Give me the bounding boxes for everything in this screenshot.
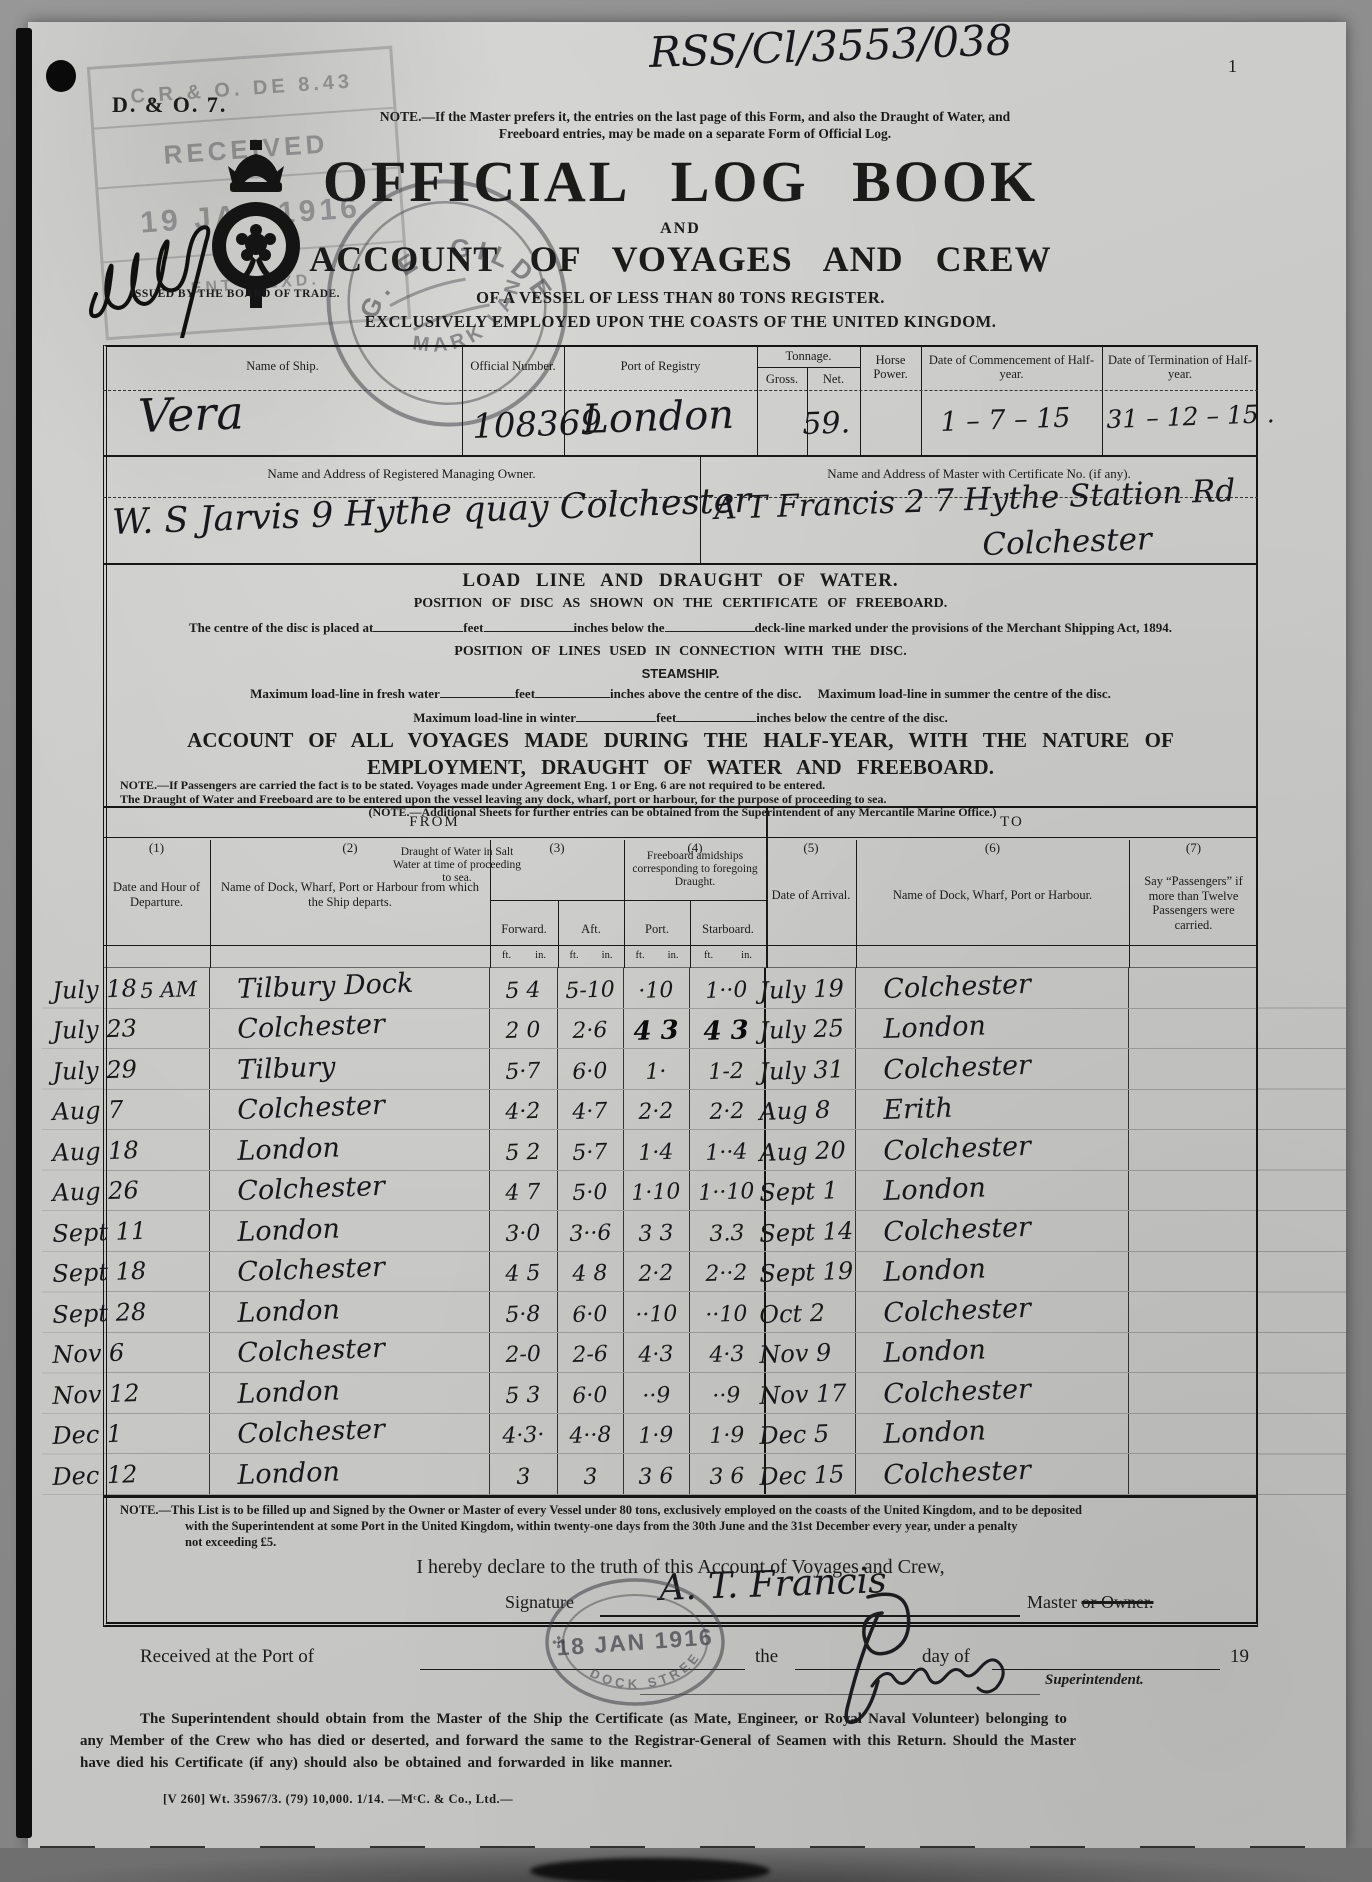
account-heading-line2: EMPLOYMENT, DRAUGHT OF WATER AND FREEBOA… <box>103 755 1258 780</box>
closing-para-line3: have died his Certificate (if any) shoul… <box>80 1752 1260 1774</box>
account-heading-line1: ACCOUNT OF ALL VOYAGES MADE DURING THE H… <box>103 728 1258 753</box>
closing-para-line1: The Superintendent should obtain from th… <box>80 1708 1260 1730</box>
load-line-heading: LOAD LINE AND DRAUGHT OF WATER. <box>103 570 1258 592</box>
col6-header: Name of Dock, Wharf, Port or Harbour. <box>856 888 1129 903</box>
disc-heading: POSITION OF DISC AS SHOWN ON THE CERTIFI… <box>103 596 1258 612</box>
owner-header: Name and Address of Registered Managing … <box>103 467 700 481</box>
horse-power-header: Horse Power. <box>860 353 921 381</box>
right-margin-ruled-lines <box>1258 968 1346 1495</box>
coasts-line: EXCLUSIVELY EMPLOYED UPON THE COASTS OF … <box>103 312 1258 332</box>
voyage-row: Sept 11 London 3·0 3··6 3 3 3.3 Sept 14 … <box>103 1211 1258 1252</box>
voyage-row: Nov 12 London 5 3 6·0 ··9 ··9 Nov 17 Col… <box>103 1373 1258 1414</box>
received-at-port-label: Received at the Port of <box>140 1646 314 1668</box>
closing-para-line2: any Member of the Crew who has died or d… <box>80 1730 1260 1752</box>
account-note1: NOTE.—If Passengers are carried the fact… <box>120 779 1245 793</box>
page-title: OFFICIAL LOG BOOK <box>103 148 1258 215</box>
vessel-line: OF A VESSEL OF LESS THAN 80 TONS REGISTE… <box>103 288 1258 308</box>
voyage-row: Nov 6 Colchester 2-0 2-6 4·3 4·3 Nov 9 L… <box>103 1333 1258 1374</box>
lines-heading: POSITION OF LINES USED IN CONNECTION WIT… <box>103 644 1258 660</box>
tonnage-header: Tonnage. <box>757 349 860 363</box>
scan-bottom-shadow <box>530 1858 770 1882</box>
ship-name-header: Name of Ship. <box>103 359 462 373</box>
official-number-header: Official Number. <box>462 359 564 373</box>
net-header: Net. <box>807 372 860 386</box>
ft-in-row: ft.in. ft.in. ft.in. ft.in. <box>103 945 1258 968</box>
col3-header: Draught of Water in Salt Water at time o… <box>390 846 524 885</box>
ship-name-value: Vera <box>137 385 244 443</box>
rule-below-ship-table <box>103 563 1258 565</box>
steamship-label: STEAMSHIP. <box>103 666 1258 681</box>
starboard-header: Starboard. <box>690 922 766 937</box>
port-of-registry-header: Port of Registry <box>564 359 757 373</box>
voyage-row: Sept 28 London 5·8 6·0 ··10 ··10 Oct 2 C… <box>103 1292 1258 1333</box>
fresh-water-line: Maximum load-line in fresh waterfeetinch… <box>103 684 1258 702</box>
aft-header: Aft. <box>558 922 624 937</box>
footer-note-line3: not exceeding £5. <box>120 1534 1245 1550</box>
master-value-line2: Colchester <box>982 521 1153 563</box>
col5-header: Date of Arrival. <box>766 888 856 903</box>
voyage-row: July 23 Colchester 2 0 2·6 4 3 4 3 July … <box>103 1009 1258 1050</box>
the-label: the <box>755 1646 778 1668</box>
print-code: [V 260] Wt. 35967/3. (79) 10,000. 1/14. … <box>163 1792 513 1807</box>
voyage-row: Sept 18 Colchester 4 5 4 8 2·2 2··2 Sept… <box>103 1252 1258 1293</box>
year-19-label: 19 <box>1230 1646 1249 1668</box>
left-margin-ruled-lines <box>42 968 103 1495</box>
col-num-5: (5) <box>766 840 856 856</box>
voyage-row: Aug 7 Colchester 4·2 4·7 2·2 2·2 Aug 8 E… <box>103 1090 1258 1131</box>
header-note-line2: Freeboard entries, may be made on a sepa… <box>350 125 1040 142</box>
footer-note-line2: with the Superintendent at some Port in … <box>120 1518 1245 1534</box>
forward-header: Forward. <box>490 922 558 937</box>
col-num-7: (7) <box>1129 840 1258 856</box>
master-label: Master or Owner. <box>1027 1592 1153 1613</box>
voyage-row: July 185 AM Tilbury Dock 5 4 5-10 ·10 1·… <box>103 968 1258 1009</box>
closing-paragraph: The Superintendent should obtain from th… <box>80 1708 1260 1774</box>
page-number: 1 <box>1228 56 1237 77</box>
handwriting-word-flourish <box>868 1648 1018 1698</box>
col4-header: Freeboard amidships corresponding to for… <box>626 850 764 889</box>
port-of-registry-value: London <box>581 392 734 443</box>
winter-line: Maximum load-line in winterfeetinches be… <box>103 708 1258 726</box>
rule-below-voyage-table <box>103 1495 1258 1498</box>
voyage-row: Dec 12 London 3 3 3 6 3 6 Dec 15 Colches… <box>103 1454 1258 1495</box>
superintendent-label: Superintendent. <box>1045 1672 1144 1689</box>
page-subtitle: ACCOUNT OF VOYAGES AND CREW <box>103 238 1258 280</box>
port-header: Port. <box>624 922 690 937</box>
disc-centre-line: The centre of the disc is placed atfeeti… <box>103 618 1258 636</box>
voyage-row: Dec 1 Colchester 4·3· 4··8 1·9 1·9 Dec 5… <box>103 1414 1258 1455</box>
commencement-header: Date of Commencement of Half-year. <box>921 353 1102 381</box>
col-num-6: (6) <box>856 840 1129 856</box>
voyage-row: Aug 18 London 5 2 5·7 1·4 1··4 Aug 20 Co… <box>103 1130 1258 1171</box>
or-owner-struck: or Owner. <box>1081 1592 1153 1612</box>
from-label: FROM <box>103 814 766 831</box>
account-note2: The Draught of Water and Freeboard are t… <box>120 793 1245 807</box>
from-to-band: FROM TO <box>103 808 1258 838</box>
footer-note-line1: NOTE.—This List is to be filled up and S… <box>120 1502 1245 1518</box>
ship-details-table: Name of Ship. Official Number. Port of R… <box>103 345 1258 563</box>
termination-value: 31 – 12 – 15 . <box>1106 399 1275 434</box>
port-date-oval-stamp: 18 JAN 1916 DOCK STREET ✣ <box>540 1572 730 1712</box>
binding-edge <box>16 28 32 1838</box>
date-oval-cross: ✣ <box>552 1635 565 1652</box>
to-label: TO <box>766 814 1258 831</box>
col7-header: Say “Passengers” if more than Twelve Pas… <box>1133 874 1254 932</box>
title-and: AND <box>103 220 1258 238</box>
voyage-row: July 29 Tilbury 5·7 6·0 1· 1-2 July 31 C… <box>103 1049 1258 1090</box>
commencement-value: 1 – 7 – 15 <box>940 402 1071 438</box>
header-note-line1: NOTE.—If the Master prefers it, the entr… <box>350 108 1040 125</box>
punch-hole <box>46 60 76 92</box>
termination-header: Date of Termination of Half-year. <box>1102 353 1258 381</box>
voyage-row: Aug 26 Colchester 4 7 5·0 1·10 1··10 Sep… <box>103 1171 1258 1212</box>
col1-header: Date and Hour of Departure. <box>103 880 210 909</box>
voyage-rows: July 185 AM Tilbury Dock 5 4 5-10 ·10 1·… <box>103 968 1258 1495</box>
net-tonnage-value: 59. <box>802 405 851 442</box>
gross-header: Gross. <box>757 372 807 386</box>
footer-note: NOTE.—This List is to be filled up and S… <box>120 1502 1245 1550</box>
owner-value: W. S Jarvis 9 Hythe quay Colchester <box>112 481 752 543</box>
col-num-1: (1) <box>103 840 210 856</box>
header-note: NOTE.—If the Master prefers it, the entr… <box>350 108 1040 142</box>
month-blank-line <box>992 1669 1220 1670</box>
